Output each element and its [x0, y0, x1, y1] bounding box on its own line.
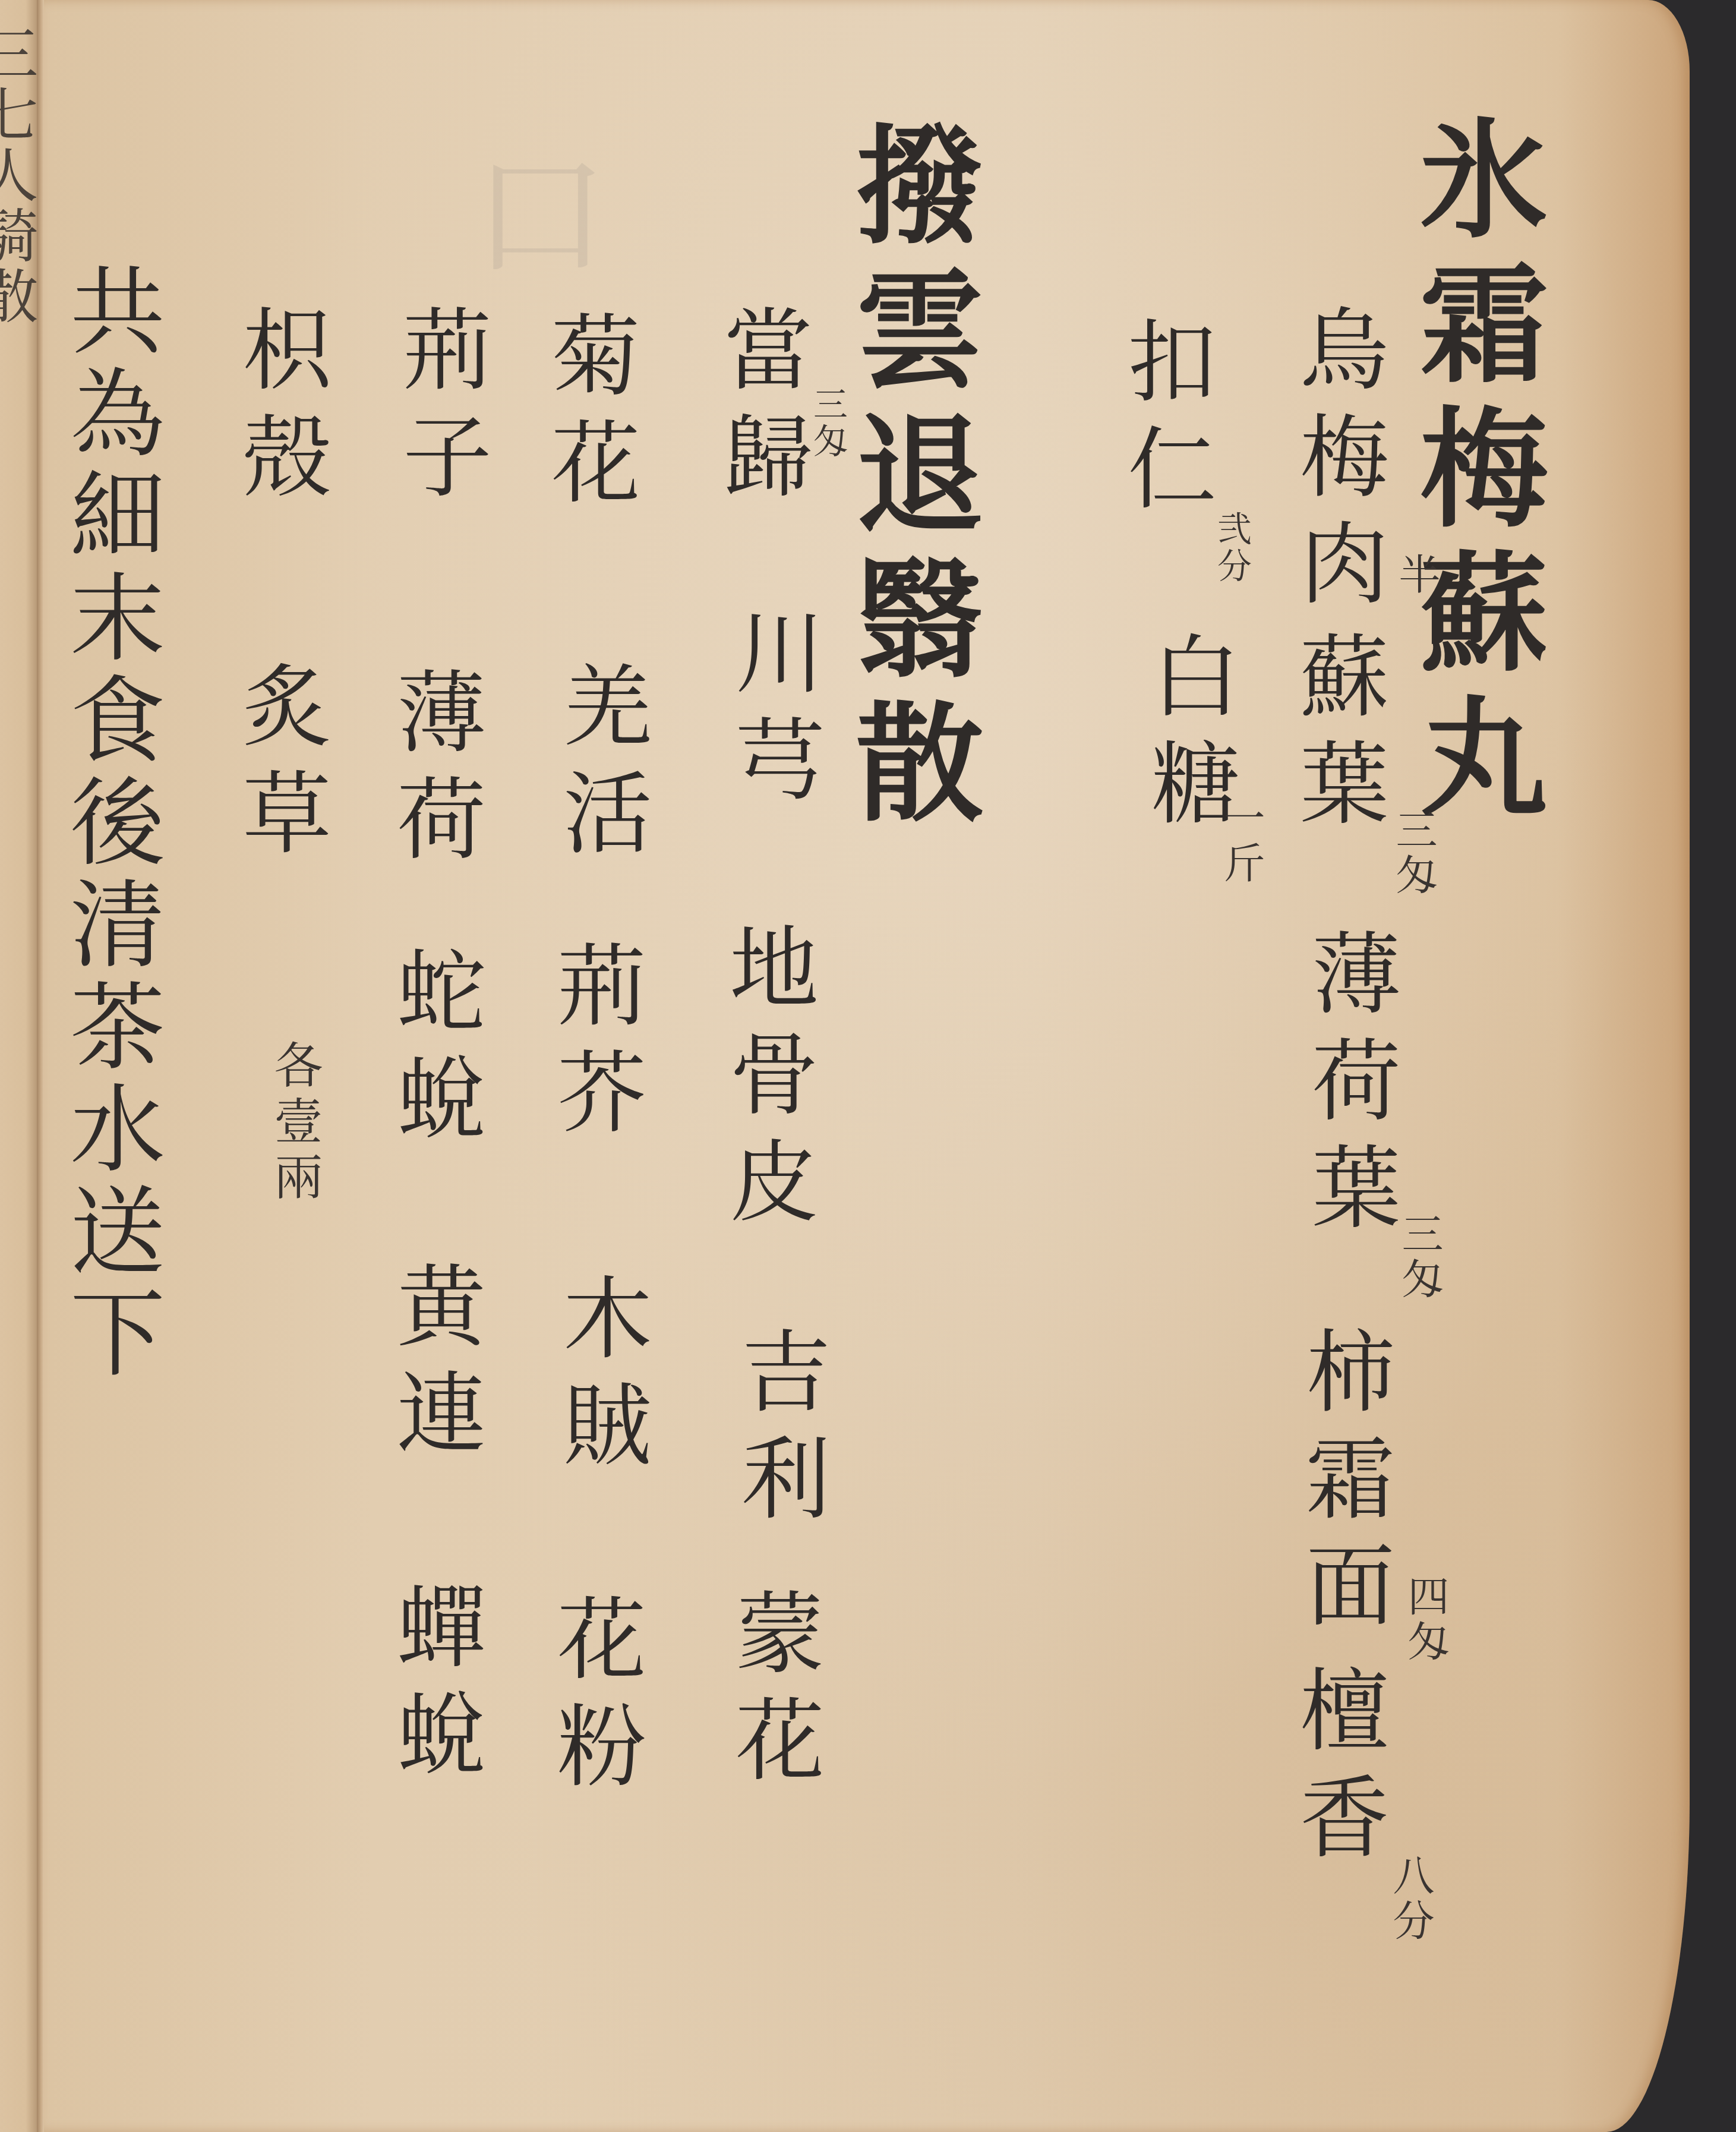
ingredient-name: 薄荷葉 — [1303, 927, 1393, 1248]
dose-annotation: 四匁 — [1404, 1575, 1446, 1665]
dose-annotation: 各壹兩 — [270, 1040, 318, 1207]
ingredient-name: 柿霜面 — [1298, 1325, 1387, 1646]
book-gutter — [37, 0, 44, 2132]
ingredient-name: 檀香 — [1292, 1664, 1381, 1878]
ingredient-name: 炙草 — [234, 660, 323, 873]
dose-annotation: 八分 — [1390, 1854, 1431, 1944]
ingredient-name: 花粉 — [549, 1592, 638, 1806]
ingredient-name: 烏梅肉 — [1284, 303, 1388, 624]
ingredient-name: 吉利 — [733, 1325, 822, 1539]
manuscript-page: 口 氷霜梅蘇丸 烏梅肉 半 蘇葉 三匁 薄荷葉 三匁 柿霜面 四匁 檀香 八分 … — [44, 0, 1690, 2132]
dose-annotation: 三匁 — [810, 386, 845, 460]
dose-annotation: 弐分 — [1214, 511, 1249, 585]
ingredient-name: 黄連 — [389, 1260, 478, 1474]
preparation-instructions: 共為細末食後清茶水送下 — [62, 261, 157, 1386]
previous-page-edge: 三七人騎散 — [0, 0, 37, 2132]
ink-bleed-through: 口 — [472, 149, 626, 303]
ingredient-column: 烏梅肉 — [1292, 303, 1381, 624]
ingredient-name: 地骨皮 — [721, 921, 810, 1242]
dose-annotation: 半 — [1396, 553, 1437, 598]
previous-page-text: 三七人騎散 — [0, 24, 33, 327]
ingredient-name: 枳殻 — [234, 303, 323, 517]
manuscript-scan: 三七人騎散 口 氷霜梅蘇丸 烏梅肉 半 蘇葉 三匁 薄荷葉 三匁 柿霜面 四匁 … — [0, 0, 1736, 2132]
ingredient-name: 蘇葉 — [1292, 630, 1381, 844]
ingredient-name: 蟬蛻 — [389, 1581, 478, 1794]
ingredient-name: 扣仁 — [1119, 315, 1208, 529]
dose-annotation: 三匁 — [1393, 808, 1434, 898]
ingredient-name: 木賊 — [555, 1272, 644, 1486]
dose-annotation: 一斤 — [1220, 796, 1262, 887]
ingredient-name: 川芎 — [727, 606, 816, 820]
recipe-title: 氷霜梅蘇丸 — [1410, 113, 1538, 835]
ingredient-name: 荊子 — [394, 303, 484, 517]
ingredient-name: 菊花 — [543, 309, 632, 523]
ingredient-name: 羌活 — [555, 660, 644, 873]
ingredient-name: 蛇蛻 — [389, 945, 478, 1159]
ingredient-name: 當歸 — [715, 303, 804, 517]
ingredient-name: 蒙花 — [727, 1587, 816, 1800]
dose-annotation: 三匁 — [1399, 1212, 1440, 1302]
ingredient-name: 荊芥 — [549, 939, 638, 1153]
ingredient-name: 薄荷 — [389, 666, 478, 879]
recipe-title: 撥雲退翳散 — [846, 119, 974, 841]
